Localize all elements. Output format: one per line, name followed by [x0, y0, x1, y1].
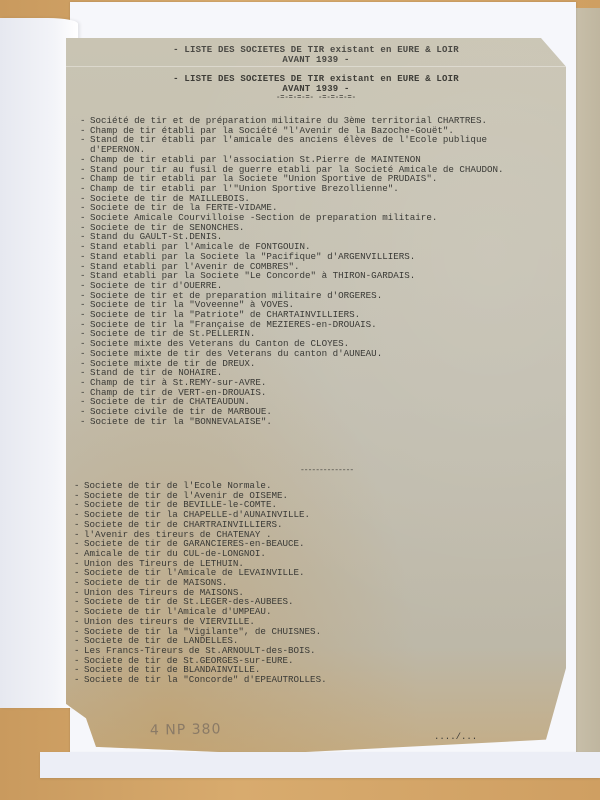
title-line-2: AVANT 1939 - — [66, 56, 566, 66]
typewritten-document: - LISTE DES SOCIETES DE TIR existant en … — [66, 38, 566, 754]
bullet-dash: - — [80, 417, 90, 427]
societies-list-section-1: -Société de tir et de préparation milita… — [80, 116, 504, 427]
continuation-mark: ..../... — [434, 733, 477, 743]
handwritten-archive-reference: 4 NP 380 — [150, 725, 222, 736]
society-name: Societe de tir la "Concorde" d'EPEAUTROL… — [84, 674, 327, 685]
bullet-dash: - — [80, 135, 90, 145]
society-name: Stand de tir établi par l'amicale des an… — [90, 134, 487, 145]
title-repeated: - LISTE DES SOCIETES DE TIR existant en … — [66, 46, 566, 65]
title-underline: -=-=-=-=- -=-=-=-=- — [66, 94, 566, 104]
sheet-protector-strip — [40, 752, 600, 778]
document-title: - LISTE DES SOCIETES DE TIR existant en … — [66, 75, 566, 104]
title-line-2: AVANT 1939 - — [66, 85, 566, 95]
bullet-dash: - — [74, 675, 84, 685]
list-item: -Societe de tir la "Concorde" d'EPEAUTRO… — [74, 675, 327, 685]
society-name: Societe de tir la "BONNEVALAISE". — [90, 416, 272, 427]
societies-list-section-2: -Societe de tir de l'Ecole Normale.-Soci… — [74, 481, 327, 685]
list-item: -Societe de tir la "BONNEVALAISE". — [80, 417, 504, 427]
section-divider: -------------- — [300, 466, 353, 476]
